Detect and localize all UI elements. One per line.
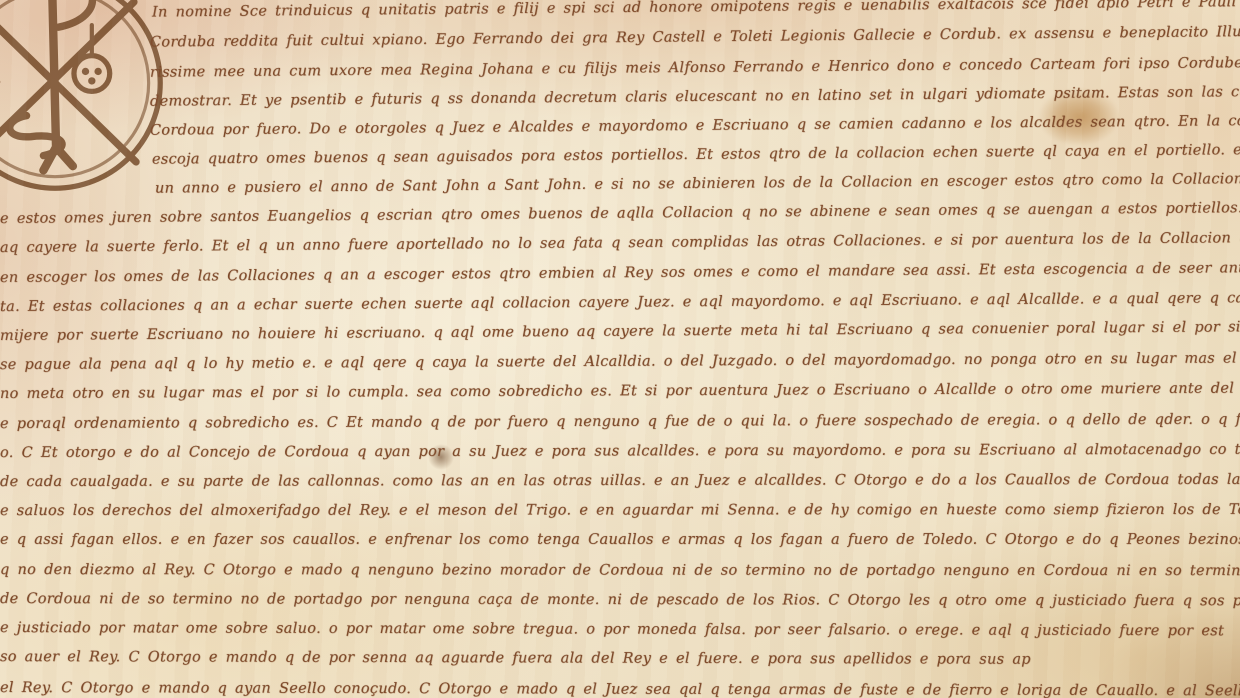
manuscript-line: el Rey. C Otorgo e mando q ayan Seello c…	[0, 676, 1240, 698]
manuscript-line: o. C Et otorgo e do al Concejo de Cordou…	[0, 438, 1240, 467]
manuscript-line: e q assi fagan ellos. e en fazer sos cau…	[0, 528, 1240, 554]
manuscript-line: aq cayere la suerte ferlo. Et el q un an…	[0, 226, 1240, 262]
manuscript-line: q no den diezmo al Rey. C Otorgo e mado …	[0, 558, 1240, 585]
manuscript-line: e poraql ordenamiento q sobredicho es. C…	[0, 408, 1240, 438]
manuscript-line: en escoger los omes de las Collaciones q…	[0, 256, 1240, 292]
parchment-page: In nomine Sce trinduicus q unitatis patr…	[0, 0, 1240, 698]
manuscript-line: e justiciado por matar ome sobre saluo. …	[0, 616, 1240, 645]
manuscript-line: mijere por suerte Escriuano no houiere h…	[0, 315, 1240, 350]
manuscript-line: no meta otro en su lugar mas el por si l…	[0, 377, 1240, 408]
manuscript-line: de Cordoua ni de so termino no de portad…	[0, 587, 1240, 615]
manuscript-line: de cada caualgada. e su parte de las cal…	[0, 468, 1240, 496]
manuscript-line: so auer el Rey. C Otorgo e mando q de po…	[0, 645, 1240, 674]
manuscript-line: se pague ala pena aql q lo hy metio e. e…	[0, 346, 1240, 379]
manuscript-line: e saluos los derechos del almoxerifadgo …	[0, 498, 1240, 525]
